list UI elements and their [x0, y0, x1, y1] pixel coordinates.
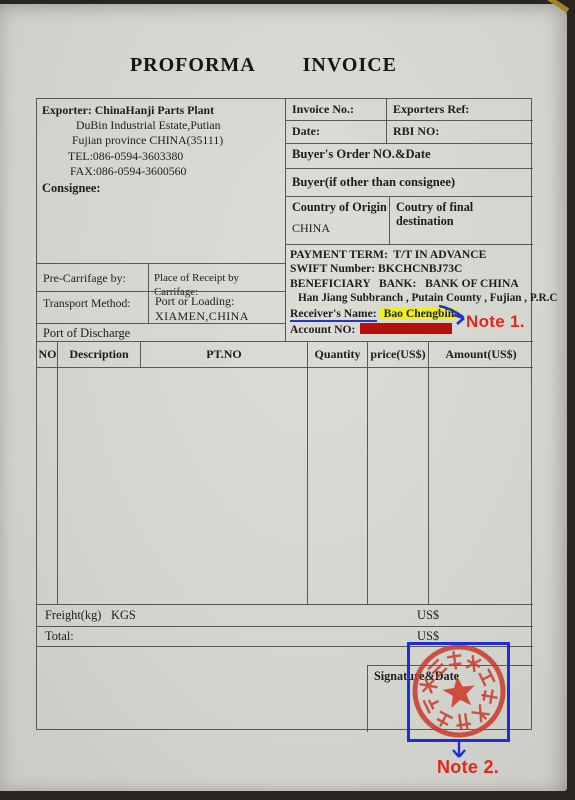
note2-label: Note 2.: [437, 757, 499, 778]
consignee-label: Consignee:: [42, 181, 281, 196]
exporter-name: Exporter: ChinaHanji Parts Plant: [42, 103, 281, 118]
invoice-form: Exporter: ChinaHanji Parts Plant DuBin I…: [36, 98, 532, 730]
document-title: PROFORMA INVOICE: [0, 54, 527, 77]
stamp-highlight-box: [407, 642, 510, 742]
freight-row: Freight(kg) KGS US$: [37, 604, 533, 626]
header-no: NO: [37, 341, 58, 367]
exporter-address-2: Fujian province CHINA(35111): [72, 133, 281, 148]
payment-term: PAYMENT TERM: T/T IN ADVANCE: [290, 248, 533, 262]
account-label: Account NO:: [290, 323, 355, 336]
exporter-cell: Exporter: ChinaHanji Parts Plant DuBin I…: [37, 99, 286, 263]
port-of-loading-value: XIAMEN,CHINA: [149, 308, 285, 323]
header-amount: Amount(US$): [429, 341, 533, 367]
freight-unit: KGS: [111, 608, 136, 622]
note1-label: Note 1.: [466, 312, 525, 332]
country-origin-label: Country of Origin: [286, 197, 389, 214]
exporter-fax: FAX:086-0594-3600560: [70, 164, 281, 179]
freight-label: Freight(kg): [45, 608, 101, 622]
body-col-quantity: [308, 367, 368, 604]
receiver-label: Receiver's Name:: [290, 307, 377, 322]
body-col-amount: [429, 367, 533, 604]
exporter-address-1: DuBin Industrial Estate,Putian: [76, 118, 281, 133]
total-label: Total:: [45, 629, 74, 643]
country-origin-value: CHINA: [286, 214, 389, 235]
body-col-description-ptno: [58, 367, 308, 604]
port-of-loading-cell: Port or Loading: XIAMEN,CHINA: [149, 291, 286, 323]
buyers-order-label: Buyer's Order NO.&Date: [286, 143, 533, 168]
exporter-tel: TEL:086-0594-3603380: [68, 149, 281, 164]
freight-currency: US$: [417, 608, 439, 622]
transport-method-label: Transport Method:: [37, 291, 149, 323]
header-quantity: Quantity: [308, 341, 368, 367]
country-origin-cell: Country of Origin CHINA: [286, 196, 389, 244]
swift-number: SWIFT Number: BKCHCNBJ73C: [290, 262, 533, 276]
body-col-no: [37, 367, 58, 604]
place-of-receipt-label: Place of Receipt by Carrifage:: [149, 263, 286, 291]
beneficiary-branch: Han Jiang Subbranch , Putain County , Fu…: [290, 291, 533, 305]
port-of-loading-label: Port or Loading:: [149, 292, 285, 308]
header-price: price(US$): [368, 341, 429, 367]
header-ptno: PT.NO: [141, 341, 308, 367]
buyer-other-label: Buyer(if other than consignee): [286, 168, 533, 196]
port-of-discharge-label: Port of Discharge: [37, 323, 286, 341]
corner-clip: [545, 0, 570, 13]
header-description: Description: [58, 341, 141, 367]
date-label: Date:: [286, 120, 386, 143]
exporters-ref-label: Exporters Ref:: [386, 99, 533, 120]
invoice-no-label: Invoice No.:: [286, 99, 386, 120]
pre-carriage-label: Pre-Carrifage by:: [37, 263, 149, 291]
body-col-price: [368, 367, 429, 604]
beneficiary-bank: BENEFICIARY BANK: BANK OF CHINA: [290, 277, 533, 291]
final-destination-label: Coutry of final destination: [389, 196, 533, 244]
rbi-no-label: RBI NO:: [386, 120, 533, 143]
